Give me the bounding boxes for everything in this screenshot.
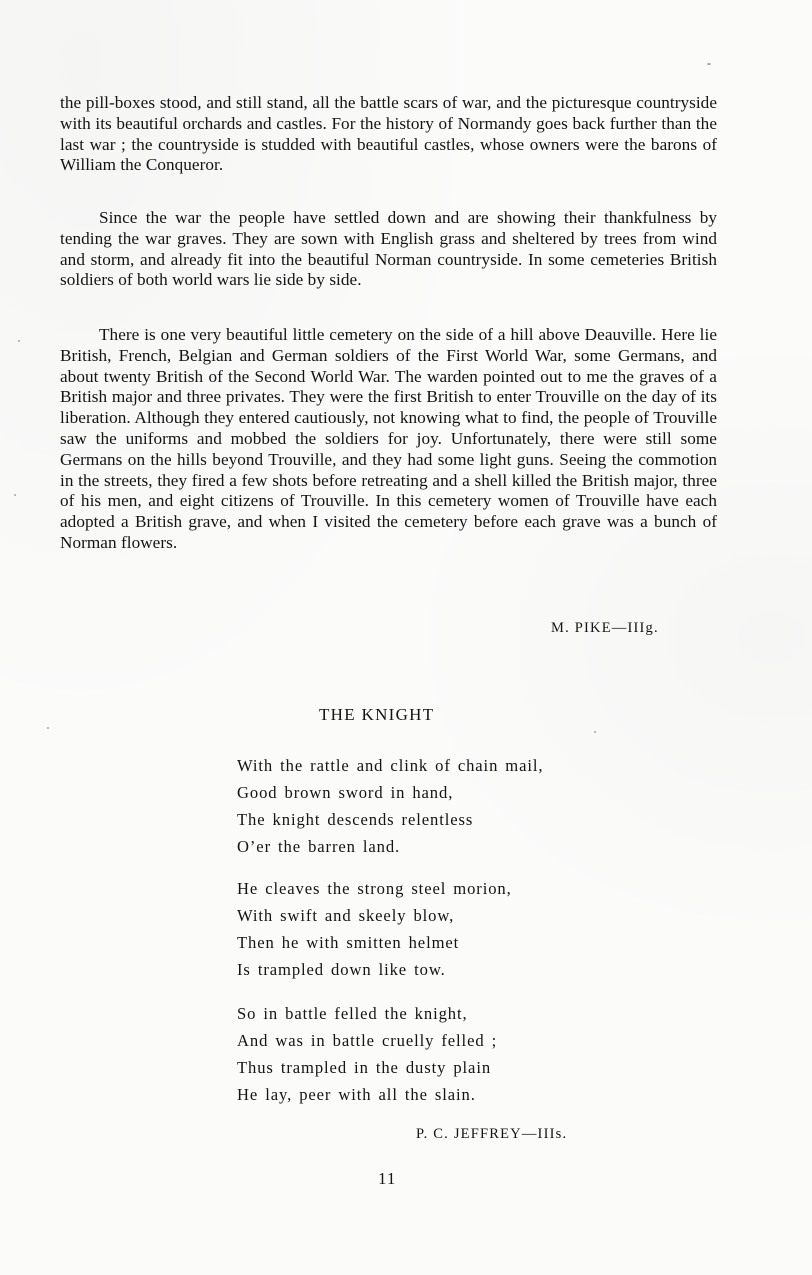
article-paragraph-2: Since the war the people have settled do… — [60, 208, 717, 291]
poem-line: With swift and skeely blow, — [237, 902, 512, 929]
poem-line: Then he with smitten helmet — [237, 929, 512, 956]
poem-author-signature: P. C. JEFFREY—IIIs. — [416, 1126, 567, 1143]
scan-speck — [18, 340, 20, 342]
page-number: 11 — [378, 1169, 396, 1189]
scan-speck — [594, 731, 596, 733]
poem-stanza-1: With the rattle and clink of chain mail,… — [237, 752, 543, 860]
poem-stanza-2: He cleaves the strong steel morion, With… — [237, 875, 512, 983]
poem-line: Thus trampled in the dusty plain — [237, 1054, 497, 1081]
paragraph-text: There is one very beautiful little cemet… — [60, 325, 717, 554]
poem-line: O’er the barren land. — [237, 833, 543, 860]
poem-line: And was in battle cruelly felled ; — [237, 1027, 497, 1054]
poem-stanza-3: So in battle felled the knight, And was … — [237, 1000, 497, 1108]
poem-line: Good brown sword in hand, — [237, 779, 543, 806]
article-author-signature: M. PIKE—IIIg. — [551, 620, 659, 637]
article-paragraph-3: There is one very beautiful little cemet… — [60, 325, 717, 554]
poem-line: With the rattle and clink of chain mail, — [237, 752, 543, 779]
scan-speck — [47, 727, 49, 729]
paragraph-text: Since the war the people have settled do… — [60, 208, 717, 291]
poem-line: Is trampled down like tow. — [237, 956, 512, 983]
poem-line: He cleaves the strong steel morion, — [237, 875, 512, 902]
poem-line: The knight descends relentless — [237, 806, 543, 833]
paragraph-text: the pill-boxes stood, and still stand, a… — [60, 93, 717, 176]
poem-line: He lay, peer with all the slain. — [237, 1081, 497, 1108]
scan-speck — [14, 494, 16, 496]
poem-line: So in battle felled the knight, — [237, 1000, 497, 1027]
article-paragraph-1: the pill-boxes stood, and still stand, a… — [60, 93, 717, 176]
poem-title: THE KNIGHT — [319, 705, 434, 725]
scan-speck — [707, 63, 711, 65]
document-page: the pill-boxes stood, and still stand, a… — [0, 0, 812, 1275]
